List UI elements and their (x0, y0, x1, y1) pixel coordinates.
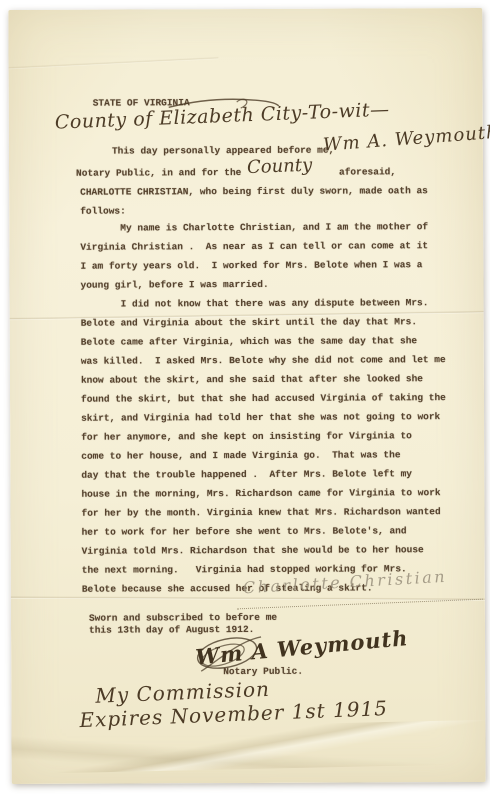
body-line: young girl, before I was married. (80, 274, 445, 295)
follows-label: follows: (80, 206, 126, 217)
notary-clause: Notary Public, in and for the (76, 167, 241, 179)
notary-title: Notary Public. (223, 666, 303, 677)
county-word-handwritten: County (247, 155, 313, 179)
testimony-body: My name is Charlotte Christian, and I am… (80, 217, 447, 599)
body-line: found the skirt, but that she had accuse… (81, 388, 446, 409)
body-line: her to work for her before she went to M… (82, 521, 447, 542)
body-line: Virginia told Mrs. Richardson that she w… (82, 540, 447, 561)
jurat-line-2: this 13th day of August 1912. (89, 624, 254, 636)
jurat-line-1: Sworn and subscribed to before me (89, 612, 277, 624)
body-line: for her anymore, and she kept on insisti… (81, 426, 446, 447)
body-line: was killed. I asked Mrs. Belote why she … (81, 350, 446, 371)
body-line: skirt, and Virginia had told her that sh… (81, 407, 446, 428)
body-line: know about the skirt, and she said that … (81, 369, 446, 390)
body-line: I am forty years old. I worked for Mrs. … (80, 255, 445, 276)
body-line: My name is Charlotte Christian, and I am… (80, 217, 445, 238)
body-line: day that the trouble happened . After Mr… (81, 464, 446, 485)
body-line: house in the morning, Mrs. Richardson ca… (81, 483, 446, 504)
aforesaid-word: aforesaid, (339, 166, 396, 177)
body-line: come to her house, and I made Virginia g… (81, 445, 446, 466)
body-line: Belote and Virginia about the skirt unti… (81, 312, 446, 333)
notary-name-handwritten: Wm A. Weymouth (322, 122, 490, 156)
deponent-oath-line: CHARLOTTE CHRISTIAN, who being first dul… (80, 185, 428, 198)
affidavit-page: STATE OF VIRGINIA County of Elizabeth Ci… (8, 8, 485, 784)
body-line: I did not know that there was any disput… (81, 293, 446, 314)
body-line: for her by the month. Virginia knew that… (81, 502, 446, 523)
paper-crease (9, 57, 219, 70)
body-line: Virginia Christian . As near as I can te… (80, 236, 445, 257)
body-line: Belote came after Virginia, which was th… (81, 331, 446, 352)
signature-rule (237, 598, 483, 610)
document-scan: STATE OF VIRGINIA County of Elizabeth Ci… (0, 0, 490, 800)
